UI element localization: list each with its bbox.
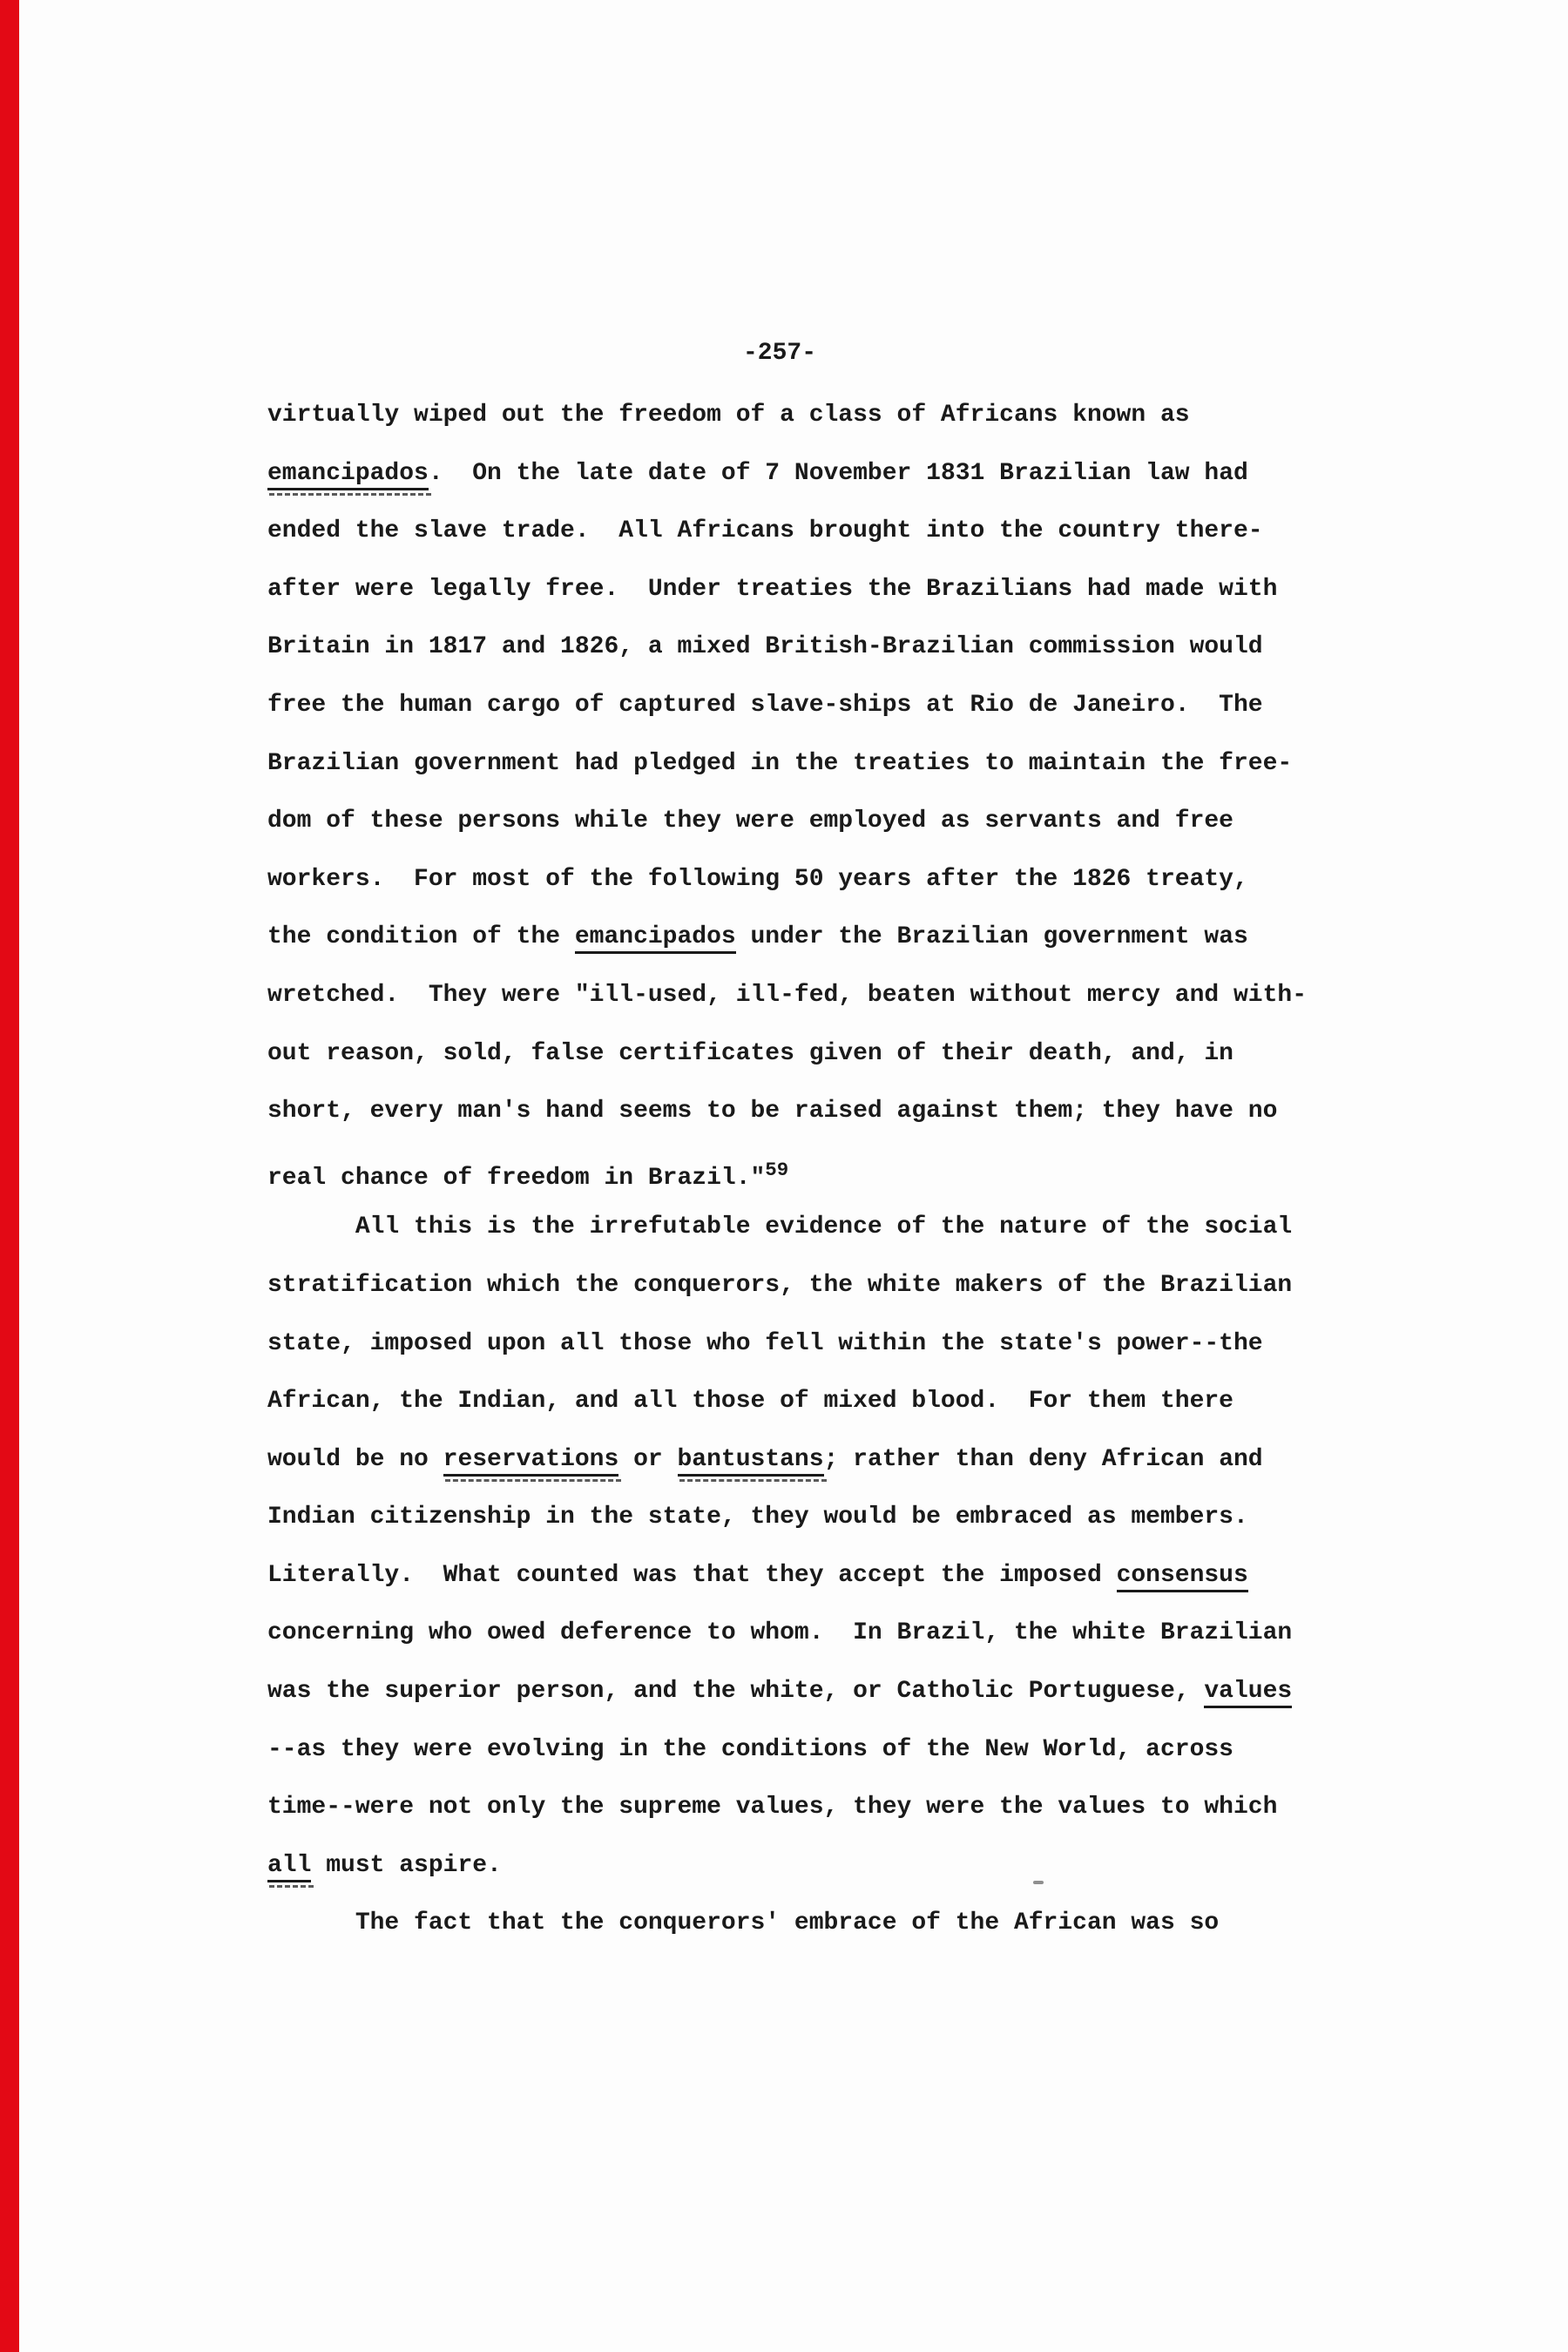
text-segment: Britain in 1817 and 1826, a mixed Britis… <box>267 633 1263 660</box>
text-segment: the condition of the <box>267 923 575 950</box>
text-line: time--were not only the supreme values, … <box>267 1779 1348 1837</box>
text-segment: or <box>618 1446 677 1473</box>
text-line: was the superior person, and the white, … <box>267 1663 1348 1721</box>
underlined-word: emancipados <box>575 923 736 954</box>
text-line: free the human cargo of captured slave-s… <box>267 677 1348 735</box>
text-segment: short, every man's hand seems to be rais… <box>267 1098 1277 1125</box>
text-line: would be no reservations or bantustans; … <box>267 1431 1348 1490</box>
text-line: workers. For most of the following 50 ye… <box>267 851 1348 909</box>
text-segment: must aspire. <box>311 1852 501 1879</box>
text-line: the condition of the emancipados under t… <box>267 909 1348 967</box>
text-line: --as they were evolving in the condition… <box>267 1721 1348 1780</box>
text-line: ended the slave trade. All Africans brou… <box>267 503 1348 561</box>
stray-ink-mark <box>1033 1881 1044 1884</box>
underlined-word: emancipados <box>267 460 429 490</box>
text-segment: time--were not only the supreme values, … <box>267 1794 1277 1821</box>
text-segment: out reason, sold, false certificates giv… <box>267 1040 1233 1067</box>
text-segment: workers. For most of the following 50 ye… <box>267 866 1248 893</box>
page-number: -257- <box>267 340 1292 367</box>
underlined-word: values <box>1204 1678 1292 1708</box>
underlined-word: all <box>267 1852 311 1882</box>
text-line: stratification which the conquerors, the… <box>267 1257 1348 1315</box>
text-line: virtually wiped out the freedom of a cla… <box>267 387 1348 445</box>
text-segment: All this is the irrefutable evidence of … <box>267 1213 1292 1240</box>
text-segment: ; rather than deny African and <box>824 1446 1263 1473</box>
text-segment: after were legally free. Under treaties … <box>267 576 1277 603</box>
text-segment: free the human cargo of captured slave-s… <box>267 692 1263 719</box>
text-segment: was the superior person, and the white, … <box>267 1678 1204 1705</box>
text-line: Indian citizenship in the state, they wo… <box>267 1489 1348 1547</box>
text-segment: Literally. What counted was that they ac… <box>267 1562 1117 1589</box>
text-segment: concerning who owed deference to whom. I… <box>267 1619 1292 1646</box>
text-segment: The fact that the conquerors' embrace of… <box>267 1909 1219 1936</box>
text-segment: African, the Indian, and all those of mi… <box>267 1388 1233 1415</box>
text-line: all must aspire. <box>267 1837 1348 1896</box>
text-line: Brazilian government had pledged in the … <box>267 735 1348 794</box>
text-line: real chance of freedom in Brazil."59 <box>267 1141 1348 1200</box>
text-segment: Indian citizenship in the state, they wo… <box>267 1504 1248 1531</box>
text-line: wretched. They were "ill-used, ill-fed, … <box>267 967 1348 1025</box>
text-segment: . On the late date of 7 November 1831 Br… <box>429 460 1248 487</box>
text-line: emancipados. On the late date of 7 Novem… <box>267 445 1348 504</box>
underlined-word: bantustans <box>678 1446 824 1477</box>
text-line: dom of these persons while they were emp… <box>267 793 1348 851</box>
text-segment: ended the slave trade. All Africans brou… <box>267 517 1263 544</box>
text-line: state, imposed upon all those who fell w… <box>267 1315 1348 1374</box>
film-edge-red-strip <box>0 0 19 2352</box>
typewritten-text-block: virtually wiped out the freedom of a cla… <box>267 387 1348 1953</box>
text-line: All this is the irrefutable evidence of … <box>267 1199 1348 1257</box>
text-line: short, every man's hand seems to be rais… <box>267 1083 1348 1141</box>
text-line: out reason, sold, false certificates giv… <box>267 1025 1348 1084</box>
text-segment: stratification which the conquerors, the… <box>267 1272 1292 1299</box>
text-line: African, the Indian, and all those of mi… <box>267 1373 1348 1431</box>
text-segment: state, imposed upon all those who fell w… <box>267 1330 1263 1357</box>
text-segment: virtually wiped out the freedom of a cla… <box>267 402 1190 429</box>
text-segment: wretched. They were "ill-used, ill-fed, … <box>267 982 1307 1009</box>
text-line: Britain in 1817 and 1826, a mixed Britis… <box>267 618 1348 677</box>
footnote-number: 59 <box>765 1159 788 1181</box>
text-segment: real chance of freedom in Brazil." <box>267 1165 765 1192</box>
text-line: after were legally free. Under treaties … <box>267 561 1348 619</box>
text-segment: would be no <box>267 1446 443 1473</box>
text-line: concerning who owed deference to whom. I… <box>267 1605 1348 1663</box>
text-segment: Brazilian government had pledged in the … <box>267 750 1292 777</box>
text-segment: --as they were evolving in the condition… <box>267 1736 1233 1763</box>
text-segment: dom of these persons while they were emp… <box>267 808 1233 835</box>
underlined-word: consensus <box>1117 1562 1248 1592</box>
text-line: Literally. What counted was that they ac… <box>267 1547 1348 1605</box>
text-segment: under the Brazilian government was <box>736 923 1248 950</box>
underlined-word: reservations <box>443 1446 619 1477</box>
text-line: The fact that the conquerors' embrace of… <box>267 1895 1348 1953</box>
